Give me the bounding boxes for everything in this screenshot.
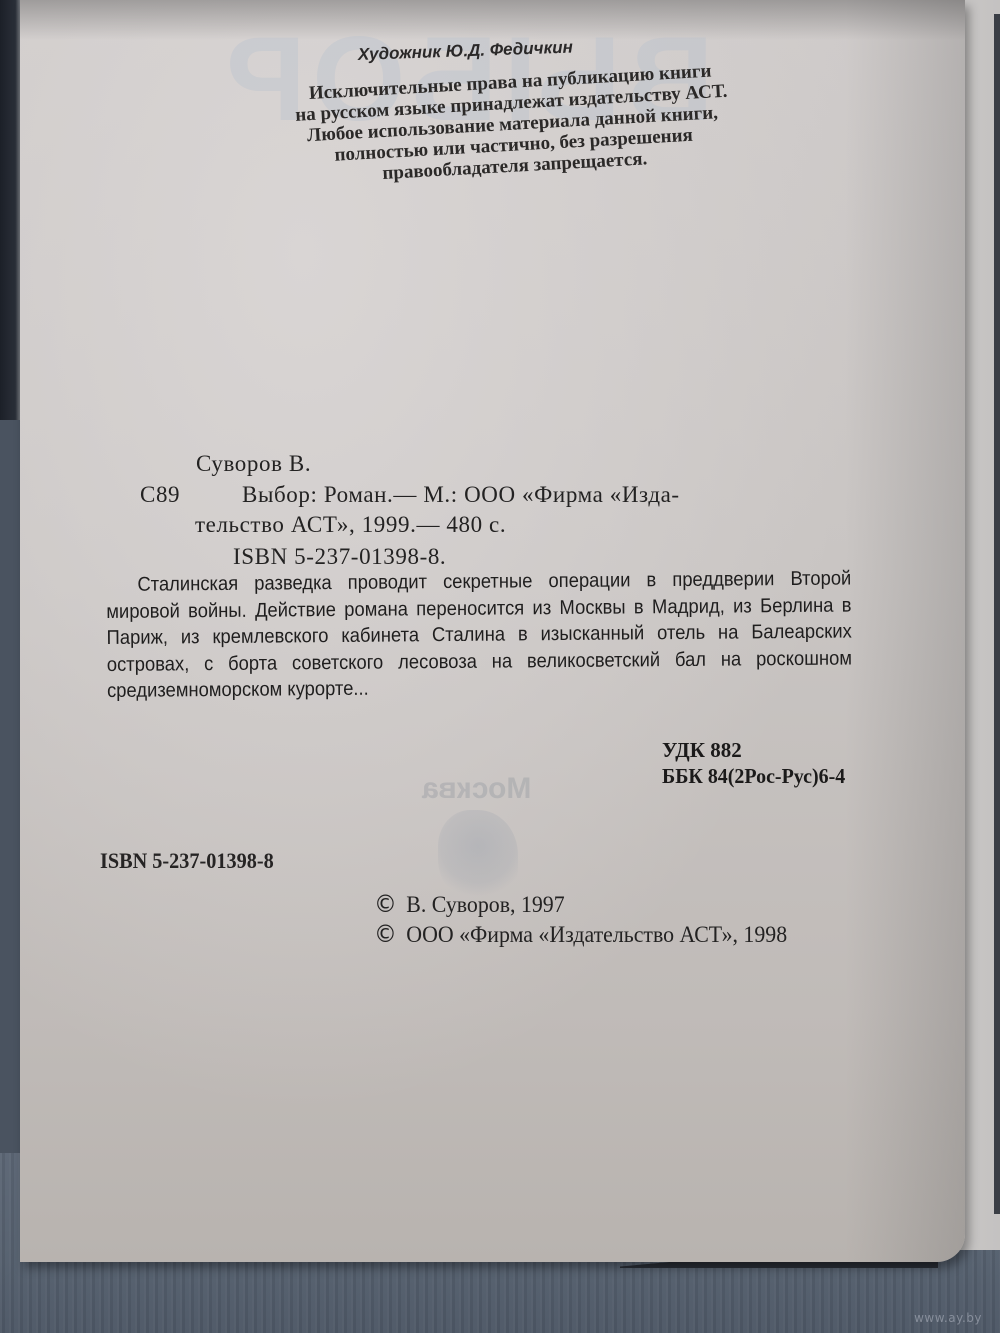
copyright-text: В. Суворов, 1997 — [406, 892, 564, 917]
copyright-publisher: ©ООО «Фирма «Издательство АСТ», 1998 — [374, 920, 787, 948]
udk-code: УДК 882 — [662, 738, 742, 763]
isbn-bottom: ISBN 5-237-01398-8 — [100, 848, 274, 874]
site-watermark: www.ay.by — [914, 1311, 982, 1325]
book-spine — [994, 14, 1000, 1214]
book-page: ВЫБОР Москва Художник Ю.Д. Федичкин Искл… — [20, 0, 965, 1262]
show-through-publisher-logo — [438, 810, 518, 900]
bbk-code: ББК 84(2Рос-Рус)6-4 — [662, 764, 845, 789]
annotation-text: Сталинская разведка проводит секретные о… — [106, 567, 852, 701]
annotation: Сталинская разведка проводит секретные о… — [106, 565, 852, 704]
show-through-city: Москва — [422, 772, 531, 806]
catalog-author: Суворов В. — [196, 451, 311, 477]
catalog-description-line2: тельство АСТ», 1999.— 480 с. — [195, 512, 506, 538]
catalog-code: С89 — [140, 482, 180, 508]
copyright-text: ООО «Фирма «Издательство АСТ», 1998 — [406, 922, 787, 947]
copyright-icon: © — [374, 920, 397, 948]
book-cover-edge — [0, 0, 22, 420]
catalog-description-line1: Выбор: Роман.— М.: ООО «Фирма «Изда- — [242, 482, 680, 508]
copyright-author: ©В. Суворов, 1997 — [374, 890, 565, 918]
copyright-icon: © — [374, 890, 397, 918]
catalog-isbn: ISBN 5-237-01398-8. — [233, 544, 446, 570]
